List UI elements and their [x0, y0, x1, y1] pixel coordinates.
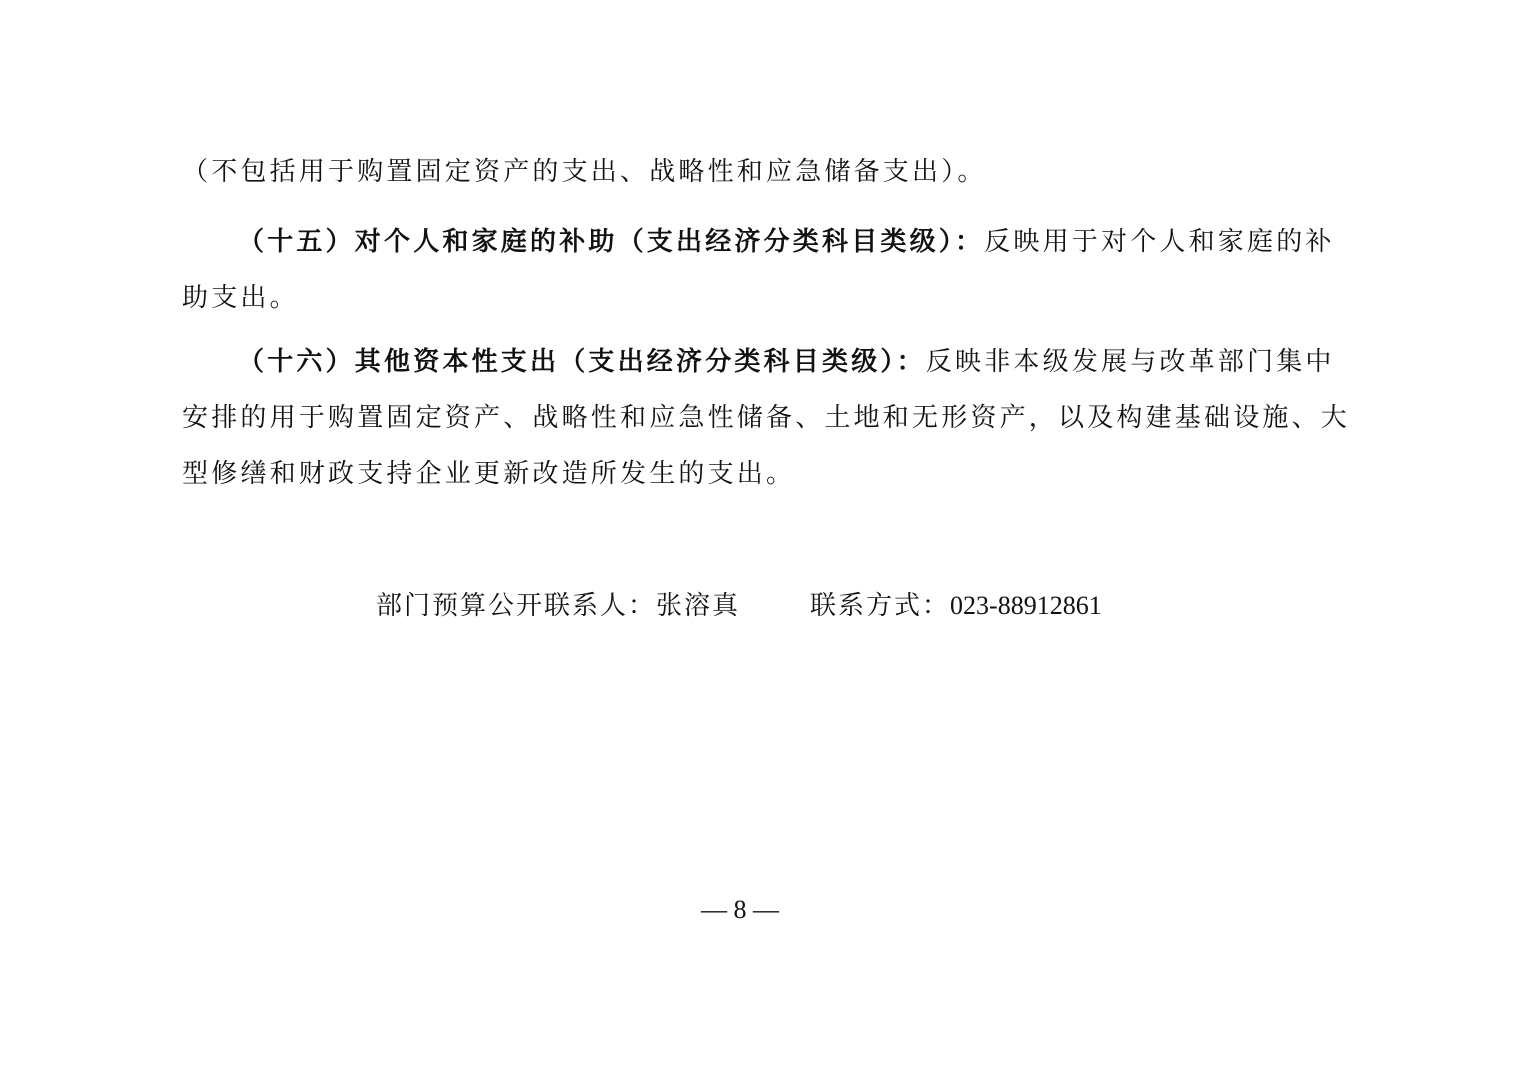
- contact-person-label: 部门预算公开联系人：: [376, 591, 656, 621]
- item-16-text-line-3: 型修缮和财政支持企业更新改造所发生的支出。: [182, 459, 795, 489]
- contact-phone-number: 023-88912861: [950, 591, 1102, 620]
- item-15-text-continued: 助支出。: [182, 283, 299, 313]
- contact-person-name: 张溶真: [656, 591, 740, 621]
- paragraph-item-15-continued: 助支出。: [182, 282, 299, 314]
- contact-phone-label: 联系方式：: [810, 591, 950, 621]
- item-16-text: 反映非本级发展与改革部门集中: [926, 347, 1335, 377]
- paragraph-item-16-line-3: 型修缮和财政支持企业更新改造所发生的支出。: [182, 458, 795, 490]
- paragraph-item-16-line-2: 安排的用于购置固定资产、战略性和应急性储备、土地和无形资产，以及构建基础设施、大: [182, 402, 1330, 434]
- item-15-heading: （十五）对个人和家庭的补助（支出经济分类科目类级）：: [238, 227, 984, 257]
- document-page: （不包括用于购置固定资产的支出、战略性和应急储备支出）。 （十五）对个人和家庭的…: [0, 0, 1520, 1074]
- item-15-text: 反映用于对个人和家庭的补: [984, 227, 1334, 257]
- item-16-heading: （十六）其他资本性支出（支出经济分类科目类级）：: [238, 347, 926, 377]
- paragraph-continuation: （不包括用于购置固定资产的支出、战略性和应急储备支出）。: [182, 156, 987, 188]
- paragraph-text: （不包括用于购置固定资产的支出、战略性和应急储备支出）。: [182, 157, 987, 187]
- page-number: — 8 —: [700, 895, 780, 925]
- paragraph-item-16: （十六）其他资本性支出（支出经济分类科目类级）：反映非本级发展与改革部门集中: [238, 346, 1330, 378]
- paragraph-item-15: （十五）对个人和家庭的补助（支出经济分类科目类级）：反映用于对个人和家庭的补: [238, 226, 1330, 258]
- item-16-text-line-2: 安排的用于购置固定资产、战略性和应急性储备、土地和无形资产，以及构建基础设施、大: [182, 403, 1350, 433]
- contact-info: 部门预算公开联系人：张溶真联系方式：023-88912861: [376, 590, 1102, 622]
